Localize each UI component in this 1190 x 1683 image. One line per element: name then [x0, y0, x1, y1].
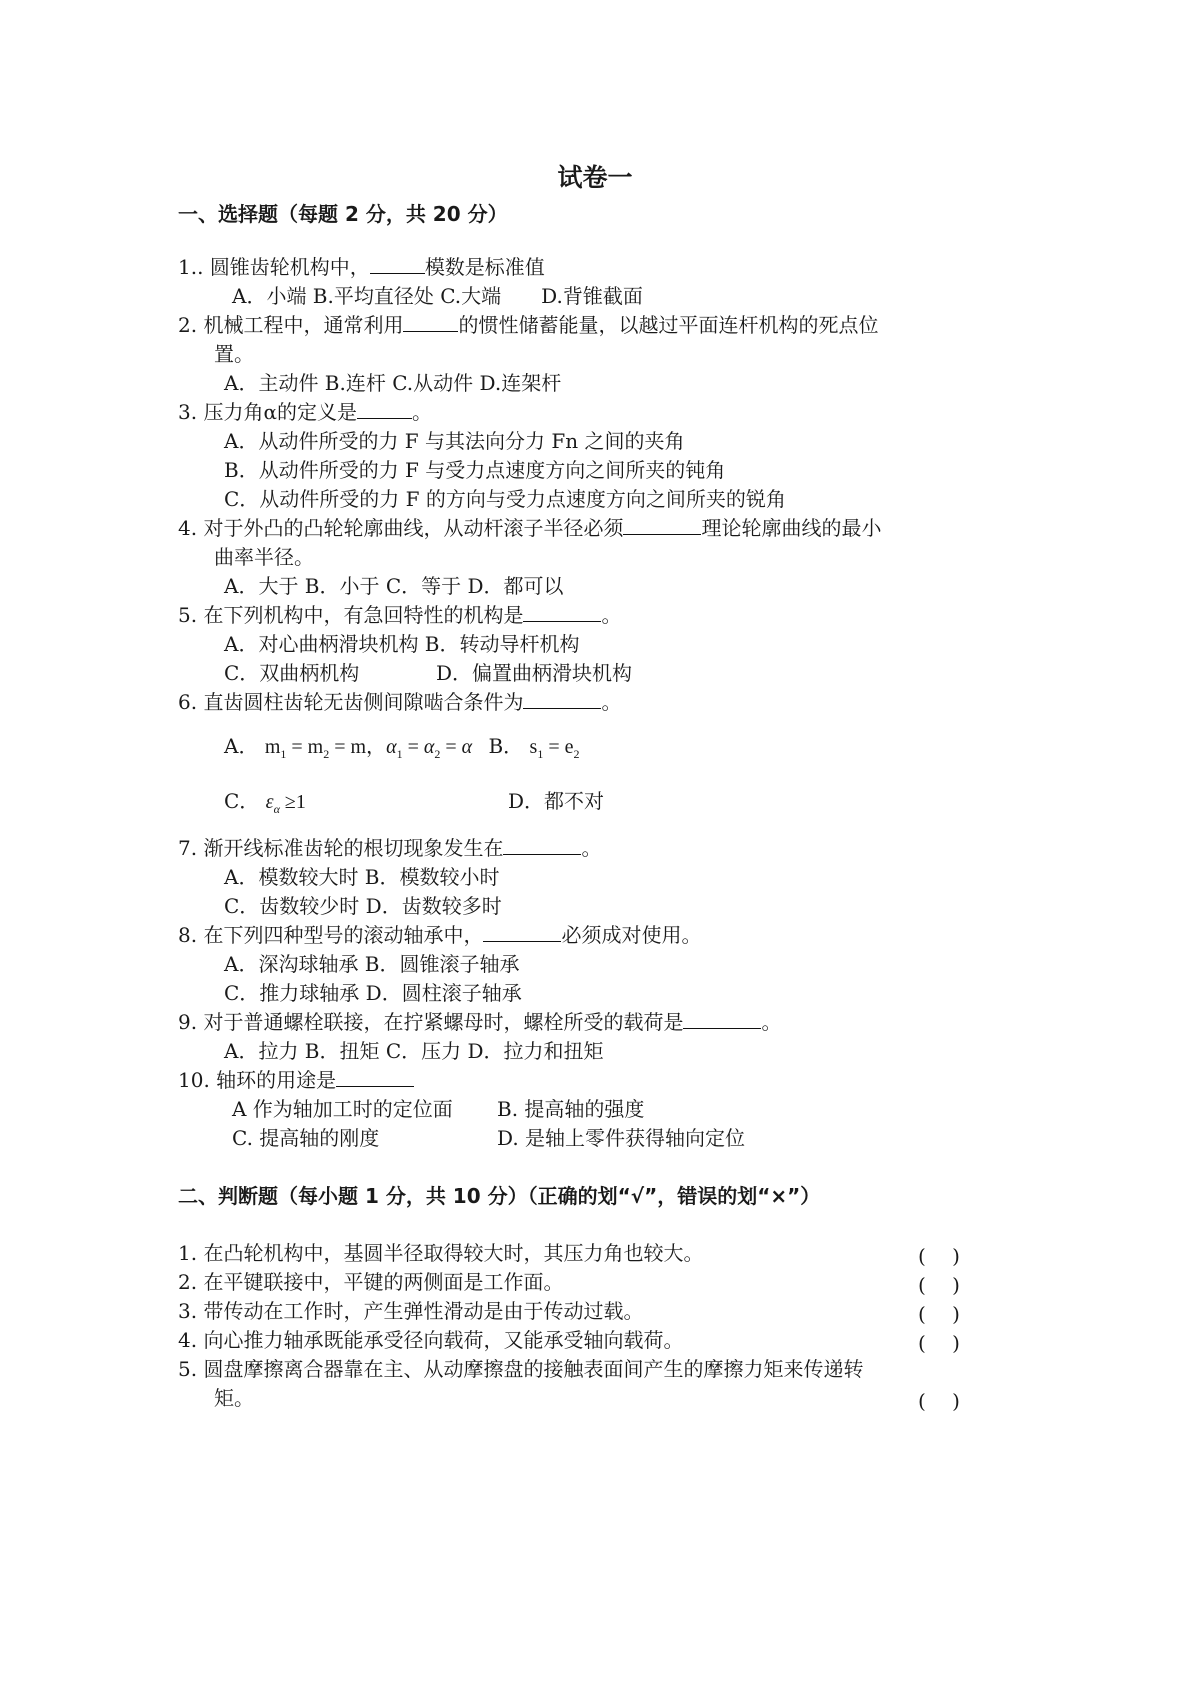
answer-blank[interactable]	[683, 1010, 761, 1029]
question-10-option-d: D. 是轴上零件获得轴向定位	[497, 1125, 745, 1151]
answer-blank[interactable]	[403, 313, 458, 332]
question-3-option-a: A．从动件所受的力 F 与其法向分力 Fn 之间的夹角	[224, 428, 685, 454]
answer-blank[interactable]	[370, 255, 425, 274]
judge-item-2: 2. 在平键联接中，平键的两侧面是工作面。	[178, 1269, 563, 1295]
answer-paren[interactable]: ( )	[918, 1240, 960, 1269]
question-5-option-c: C．双曲柄机构	[224, 660, 359, 686]
judge-item-1: 1. 在凸轮机构中，基圆半径取得较大时，其压力角也较大。	[178, 1240, 703, 1266]
answer-blank[interactable]	[623, 516, 701, 535]
answer-blank[interactable]	[483, 923, 561, 942]
question-3-option-c: C．从动件所受的力 F 的方向与受力点速度方向之间所夹的锐角	[224, 486, 786, 512]
question-2-cont: 置。	[214, 341, 254, 367]
question-7: 7. 渐开线标准齿轮的根切现象发生在。	[178, 835, 601, 861]
question-6-option-a: A． m1 = m2 = m，α1 = α2 = α B． s1 = e2	[224, 733, 580, 767]
question-4: 4. 对于外凸的凸轮轮廓曲线，从动杆滚子半径必须理论轮廓曲线的最小	[178, 515, 881, 541]
question-7-options-ab: A．模数较大时 B．模数较小时	[224, 864, 500, 890]
question-7-options-cd: C．齿数较少时 D．齿数较多时	[224, 893, 502, 919]
question-1-options: A．小端 B.平均直径处 C.大端 D.背锥截面	[232, 283, 643, 309]
question-1: 1.. 圆锥齿轮机构中，模数是标准值	[178, 254, 545, 280]
answer-blank[interactable]	[523, 603, 601, 622]
question-8-options-cd: C．推力球轴承 D．圆柱滚子轴承	[224, 980, 522, 1006]
formula-b: s1 = e2	[530, 736, 580, 758]
answer-paren[interactable]: ( )	[918, 1298, 960, 1327]
exam-page: 试卷一 一、选择题（每题 2 分，共 20 分） 1.. 圆锥齿轮机构中，模数是…	[0, 0, 1190, 1683]
question-4-cont: 曲率半径。	[214, 544, 314, 570]
question-5-options-ab: A．对心曲柄滑块机构 B．转动导杆机构	[224, 631, 580, 657]
section1-heading: 一、选择题（每题 2 分，共 20 分）	[178, 198, 508, 227]
answer-blank[interactable]	[357, 400, 412, 419]
question-6-option-d: D．都不对	[508, 788, 604, 814]
judge-item-5-cont: 矩。	[214, 1385, 254, 1411]
question-10-option-b: B. 提高轴的强度	[497, 1096, 644, 1122]
answer-blank[interactable]	[336, 1068, 414, 1087]
answer-paren[interactable]: ( )	[918, 1327, 960, 1356]
question-5-option-d: D．偏置曲柄滑块机构	[436, 660, 632, 686]
question-3-option-b: B．从动件所受的力 F 与受力点速度方向之间所夹的钝角	[224, 457, 725, 483]
formula-a: m1 = m2 = m，α1 = α2 = α	[265, 736, 472, 758]
question-5: 5. 在下列机构中，有急回特性的机构是。	[178, 602, 621, 628]
page-title: 试卷一	[0, 158, 1190, 194]
question-10-option-a: A 作为轴加工时的定位面	[232, 1096, 453, 1122]
question-8: 8. 在下列四种型号的滚动轴承中，必须成对使用。	[178, 922, 701, 948]
answer-paren[interactable]: ( )	[918, 1385, 960, 1414]
judge-item-4: 4. 向心推力轴承既能承受径向载荷，又能承受轴向载荷。	[178, 1327, 683, 1353]
question-10-option-c: C. 提高轴的刚度	[232, 1125, 379, 1151]
judge-item-3: 3. 带传动在工作时，产生弹性滑动是由于传动过载。	[178, 1298, 643, 1324]
question-9-options: A．拉力 B．扭矩 C．压力 D．拉力和扭矩	[224, 1038, 604, 1064]
question-9: 9. 对于普通螺栓联接，在拧紧螺母时，螺栓所受的载荷是。	[178, 1009, 781, 1035]
question-8-options-ab: A．深沟球轴承 B．圆锥滚子轴承	[224, 951, 520, 977]
question-3: 3. 压力角α的定义是。	[178, 399, 432, 425]
answer-blank[interactable]	[503, 836, 581, 855]
judge-item-5: 5. 圆盘摩擦离合器靠在主、从动摩擦盘的接触表面间产生的摩擦力矩来传递转	[178, 1356, 863, 1382]
question-6: 6. 直齿圆柱齿轮无齿侧间隙啮合条件为。	[178, 689, 621, 715]
formula-c: εα ≥1	[266, 791, 306, 813]
question-2-options: A．主动件 B.连杆 C.从动件 D.连架杆	[224, 370, 561, 396]
answer-blank[interactable]	[523, 690, 601, 709]
question-6-option-c: C． εα ≥1	[224, 788, 306, 822]
question-2: 2. 机械工程中，通常利用的惯性储蓄能量，以越过平面连杆机构的死点位	[178, 312, 878, 338]
section2-heading: 二、判断题（每小题 1 分，共 10 分）（正确的划“√”，错误的划“×”）	[178, 1180, 820, 1209]
question-10: 10. 轴环的用途是	[178, 1067, 414, 1093]
answer-paren[interactable]: ( )	[918, 1269, 960, 1298]
question-4-options: A．大于 B．小于 C．等于 D．都可以	[224, 573, 564, 599]
